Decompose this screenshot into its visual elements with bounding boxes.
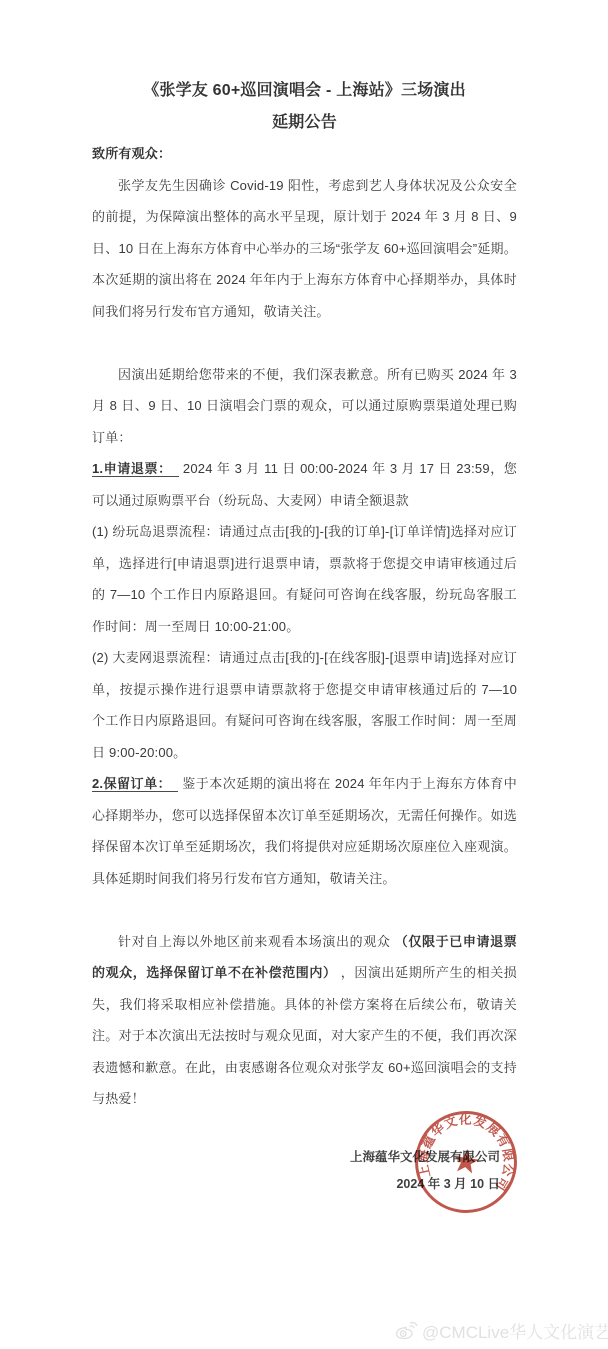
document-subtitle: 延期公告 <box>92 107 517 139</box>
paragraph-keep-order: 2.保留订单： 鉴于本次延期的演出将在 2024 年年内于上海东方体育中心择期举… <box>92 768 517 894</box>
weibo-icon <box>394 1321 418 1341</box>
document-title: 《张学友 60+巡回演唱会 - 上海站》三场演出 <box>92 75 517 107</box>
paragraph-refund: 1.申请退票： 2024 年 3 月 11 日 00:00-2024 年 3 月… <box>92 453 517 516</box>
compensation-text-before: 针对自上海以外地区前来观看本场演出的观众 <box>118 934 395 949</box>
watermark: @CMCLive华人文化演艺 <box>394 1318 608 1343</box>
paragraph-damai-steps: (2) 大麦网退票流程：请通过点击[我的]-[在线客服]-[退票申请]选择对应订… <box>92 642 517 768</box>
section-gap <box>92 327 517 359</box>
watermark-text: @CMCLive华人文化演艺 <box>422 1318 608 1343</box>
announcement-page: 《张学友 60+巡回演唱会 - 上海站》三场演出 延期公告 致所有观众： 张学友… <box>0 0 608 1349</box>
refund-section-label: 1.申请退票： <box>92 461 179 477</box>
compensation-text-after: ，因演出延期所产生的相关损失，我们将采取相应补偿措施。具体的补偿方案将在后续公布… <box>92 965 517 1106</box>
keep-order-section-text: 鉴于本次延期的演出将在 2024 年年内于上海东方体育中心择期举办，您可以选择保… <box>92 776 517 886</box>
paragraph-apology: 因演出延期给您带来的不便，我们深表歉意。所有已购买 2024 年 3 月 8 日… <box>92 359 517 454</box>
paragraph-apology-text: 因演出延期给您带来的不便，我们深表歉意。所有已购买 2024 年 3 月 8 日… <box>92 367 517 445</box>
section-gap <box>92 894 517 926</box>
damai-steps-text: (2) 大麦网退票流程：请通过点击[我的]-[在线客服]-[退票申请]选择对应订… <box>92 650 517 760</box>
signature-company: 上海蕴华文化发展有限公司 <box>350 1144 500 1171</box>
paragraph-intro-text: 张学友先生因确诊 Covid-19 阳性，考虑到艺人身体状况及公众安全的前提，为… <box>92 178 517 319</box>
signature-date: 2024 年 3 月 10 日 <box>350 1171 500 1198</box>
announcement-body: 《张学友 60+巡回演唱会 - 上海站》三场演出 延期公告 致所有观众： 张学友… <box>92 75 517 1115</box>
salutation: 致所有观众： <box>92 138 517 170</box>
paragraph-fanwandao-steps: (1) 纷玩岛退票流程：请通过点击[我的]-[我的订单]-[订单详情]选择对应订… <box>92 516 517 642</box>
keep-order-section-label: 2.保留订单： <box>92 776 178 792</box>
signature-block: 上海蕴华文化发展有限公司 2024 年 3 月 10 日 <box>350 1144 500 1198</box>
paragraph-intro: 张学友先生因确诊 Covid-19 阳性，考虑到艺人身体状况及公众安全的前提，为… <box>92 170 517 328</box>
paragraph-compensation: 针对自上海以外地区前来观看本场演出的观众 （仅限于已申请退票的观众，选择保留订单… <box>92 926 517 1115</box>
fanwandao-steps-text: (1) 纷玩岛退票流程：请通过点击[我的]-[我的订单]-[订单详情]选择对应订… <box>92 524 517 634</box>
